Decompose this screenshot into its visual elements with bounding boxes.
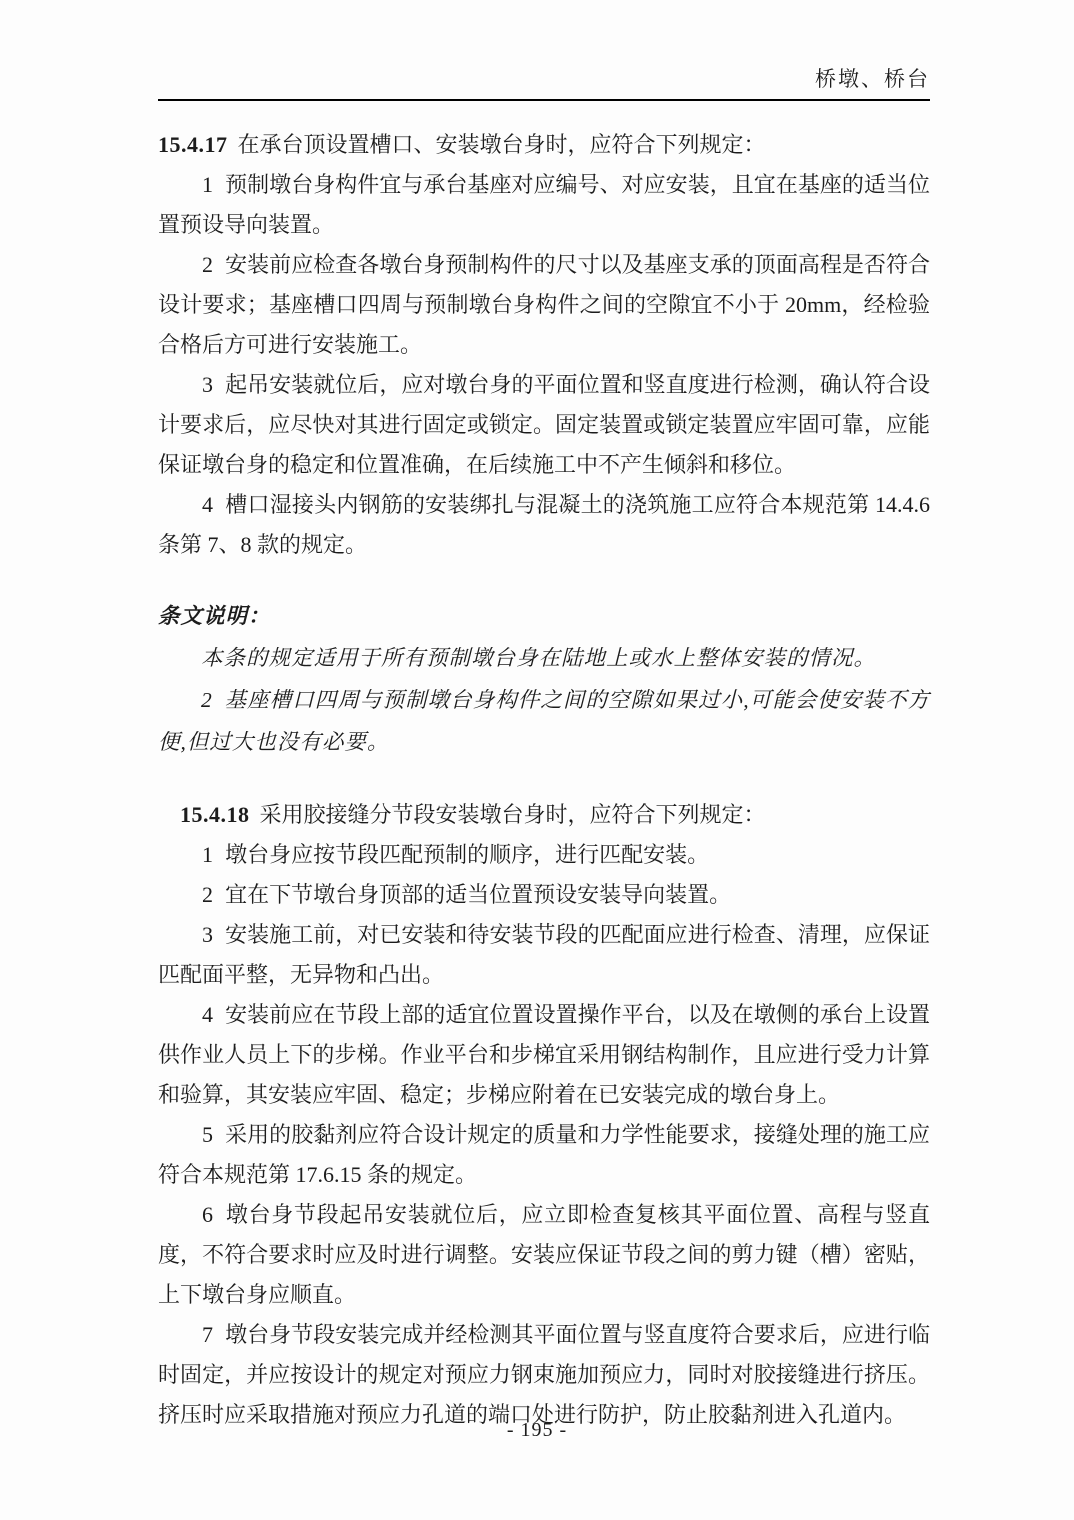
commentary-label: 条文说明： bbox=[158, 595, 930, 637]
item-text: 宜在下节墩台身顶部的适当位置预设安装导向装置。 bbox=[225, 882, 731, 907]
item-text: 墩台身节段起吊安装就位后，应立即检查复核其平面位置、高程与竖直度，不符合要求时应… bbox=[158, 1202, 930, 1307]
item-text: 墩台身应按节段匹配预制的顺序，进行匹配安装。 bbox=[225, 842, 709, 867]
clause-item: 5采用的胶黏剂应符合设计规定的质量和力学性能要求，接缝处理的施工应符合本规范第 … bbox=[158, 1115, 930, 1195]
item-number: 3 bbox=[202, 372, 213, 397]
document-body: 15.4.17在承台顶设置槽口、安装墩台身时，应符合下列规定： 1预制墩台身构件… bbox=[158, 125, 930, 1435]
clause-item: 3起吊安装就位后，应对墩台身的平面位置和竖直度进行检测，确认符合设计要求后，应尽… bbox=[158, 365, 930, 485]
item-text: 安装前应检查各墩台身预制构件的尺寸以及基座支承的顶面高程是否符合设计要求；基座槽… bbox=[158, 252, 930, 357]
commentary-paragraph: 本条的规定适用于所有预制墩台身在陆地上或水上整体安装的情况。 bbox=[158, 637, 930, 679]
page-header: 桥墩、桥台 bbox=[158, 66, 930, 101]
item-number: 3 bbox=[202, 922, 213, 947]
item-text: 预制墩台身构件宜与承台基座对应编号、对应安装，且宜在基座的适当位置预设导向装置。 bbox=[158, 172, 930, 237]
item-number: 2 bbox=[201, 688, 213, 712]
clause-number: 15.4.17 bbox=[158, 132, 228, 157]
clause-item: 4槽口湿接头内钢筋的安装绑扎与混凝土的浇筑施工应符合本规范第 14.4.6 条第… bbox=[158, 485, 930, 565]
item-number: 2 bbox=[202, 252, 213, 277]
item-text: 安装前应在节段上部的适宜位置设置操作平台，以及在墩侧的承台上设置供作业人员上下的… bbox=[158, 1002, 930, 1107]
clause-item: 2宜在下节墩台身顶部的适当位置预设安装导向装置。 bbox=[158, 875, 930, 915]
item-number: 1 bbox=[202, 842, 213, 867]
clause-number: 15.4.18 bbox=[180, 802, 250, 827]
header-rule bbox=[158, 99, 930, 101]
item-number: 4 bbox=[202, 492, 213, 517]
item-text: 起吊安装就位后，应对墩台身的平面位置和竖直度进行检测，确认符合设计要求后，应尽快… bbox=[158, 372, 930, 477]
clause-item: 3安装施工前，对已安装和待安装节段的匹配面应进行检查、清理，应保证匹配面平整，无… bbox=[158, 915, 930, 995]
clause-item: 1预制墩台身构件宜与承台基座对应编号、对应安装，且宜在基座的适当位置预设导向装置… bbox=[158, 165, 930, 245]
clause-title: 在承台顶设置槽口、安装墩台身时，应符合下列规定： bbox=[238, 132, 766, 157]
item-number: 5 bbox=[202, 1122, 213, 1147]
item-number: 4 bbox=[202, 1002, 213, 1027]
page-footer: - 195 - bbox=[0, 1419, 1074, 1442]
clause-heading-15-4-18: 15.4.18采用胶接缝分节段安装墩台身时，应符合下列规定： bbox=[158, 795, 930, 835]
commentary-section: 条文说明： 本条的规定适用于所有预制墩台身在陆地上或水上整体安装的情况。 2基座… bbox=[158, 595, 930, 763]
clause-heading-15-4-17: 15.4.17在承台顶设置槽口、安装墩台身时，应符合下列规定： bbox=[158, 125, 930, 165]
running-title: 桥墩、桥台 bbox=[158, 66, 930, 92]
item-text: 墩台身节段安装完成并经检测其平面位置与竖直度符合要求后，应进行临时固定，并应按设… bbox=[158, 1322, 930, 1427]
item-number: 7 bbox=[202, 1322, 213, 1347]
item-text: 槽口湿接头内钢筋的安装绑扎与混凝土的浇筑施工应符合本规范第 14.4.6 条第 … bbox=[158, 492, 930, 557]
clause-title: 采用胶接缝分节段安装墩台身时，应符合下列规定： bbox=[260, 802, 766, 827]
page-number: - 195 - bbox=[507, 1419, 567, 1441]
document-page: 桥墩、桥台 15.4.17在承台顶设置槽口、安装墩台身时，应符合下列规定： 1预… bbox=[0, 0, 1074, 1520]
item-text: 采用的胶黏剂应符合设计规定的质量和力学性能要求，接缝处理的施工应符合本规范第 1… bbox=[158, 1122, 930, 1187]
item-number: 1 bbox=[202, 172, 213, 197]
clause-item: 4安装前应在节段上部的适宜位置设置操作平台，以及在墩侧的承台上设置供作业人员上下… bbox=[158, 995, 930, 1115]
clause-item: 6墩台身节段起吊安装就位后，应立即检查复核其平面位置、高程与竖直度，不符合要求时… bbox=[158, 1195, 930, 1315]
clause-item: 7墩台身节段安装完成并经检测其平面位置与竖直度符合要求后，应进行临时固定，并应按… bbox=[158, 1315, 930, 1435]
clause-section-15-4-18: 15.4.18采用胶接缝分节段安装墩台身时，应符合下列规定： 1墩台身应按节段匹… bbox=[158, 795, 930, 1435]
item-text: 基座槽口四周与预制墩台身构件之间的空隙如果过小,可能会使安装不方便,但过大也没有… bbox=[158, 688, 930, 754]
clause-item: 1墩台身应按节段匹配预制的顺序，进行匹配安装。 bbox=[158, 835, 930, 875]
commentary-paragraph: 2基座槽口四周与预制墩台身构件之间的空隙如果过小,可能会使安装不方便,但过大也没… bbox=[158, 679, 930, 763]
item-number: 6 bbox=[202, 1202, 213, 1227]
item-text: 安装施工前，对已安装和待安装节段的匹配面应进行检查、清理，应保证匹配面平整，无异… bbox=[158, 922, 930, 987]
item-number: 2 bbox=[202, 882, 213, 907]
clause-item: 2安装前应检查各墩台身预制构件的尺寸以及基座支承的顶面高程是否符合设计要求；基座… bbox=[158, 245, 930, 365]
